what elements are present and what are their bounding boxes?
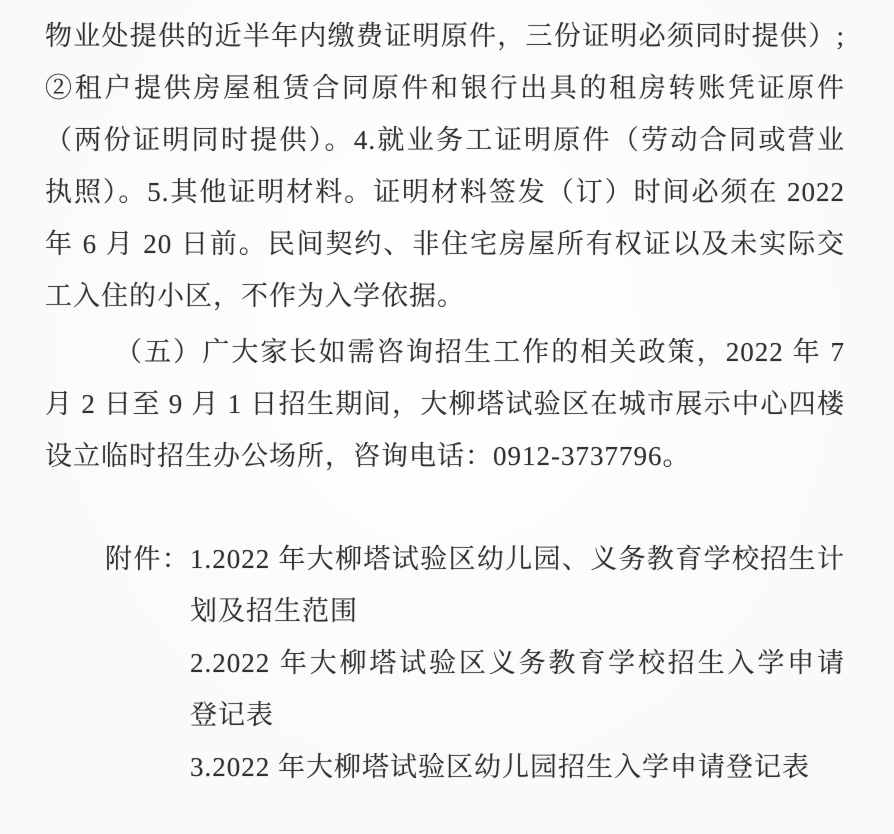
paragraph-line: 物业处提供的近半年内缴费证明原件，三份证明必须同时提供）; xyxy=(45,10,845,62)
scanned-document-page: 物业处提供的近半年内缴费证明原件，三份证明必须同时提供）; ②租户提供房屋租赁合… xyxy=(0,0,894,834)
document-text-column: 物业处提供的近半年内缴费证明原件，三份证明必须同时提供）; ②租户提供房屋租赁合… xyxy=(45,10,845,793)
paragraph-consultation: （五）广大家长如需咨询招生工作的相关政策，2022 年 7 月 2 日至 9 月… xyxy=(45,326,845,482)
paragraph-line: 执照）。5.其他证明材料。证明材料签发（订）时间必须在 2022 xyxy=(45,166,845,218)
paragraph-line-with-phone: 设立临时招生办公场所，咨询电话：0912-3737796。 xyxy=(45,430,845,482)
paragraph-materials: 物业处提供的近半年内缴费证明原件，三份证明必须同时提供）; ②租户提供房屋租赁合… xyxy=(45,10,845,322)
paragraph-line: （两份证明同时提供）。4.就业务工证明原件（劳动合同或营业 xyxy=(45,114,845,166)
attachment-item-1-line: 划及招生范围 xyxy=(45,585,845,637)
attachment-item-1-line: 附件：1.2022 年大柳塔试验区幼儿园、义务教育学校招生计 xyxy=(45,533,845,585)
attachment-item-2-line: 登记表 xyxy=(45,689,845,741)
paragraph-line: 月 2 日至 9 月 1 日招生期间，大柳塔试验区在城市展示中心四楼 xyxy=(45,378,845,430)
attachment-item-2-line: 2.2022 年大柳塔试验区义务教育学校招生入学申请 xyxy=(45,637,845,689)
paragraph-line: 工入住的小区，不作为入学依据。 xyxy=(45,270,845,322)
paragraph-line: （五）广大家长如需咨询招生工作的相关政策，2022 年 7 xyxy=(45,326,845,378)
paragraph-line: 年 6 月 20 日前。民间契约、非住宅房屋所有权证以及未实际交 xyxy=(45,218,845,270)
attachments-list: 附件：1.2022 年大柳塔试验区幼儿园、义务教育学校招生计 划及招生范围 2.… xyxy=(45,533,845,793)
paragraph-line: ②租户提供房屋租赁合同原件和银行出具的租房转账凭证原件 xyxy=(45,62,845,114)
attachment-item-3-line: 3.2022 年大柳塔试验区幼儿园招生入学申请登记表 xyxy=(45,741,845,793)
